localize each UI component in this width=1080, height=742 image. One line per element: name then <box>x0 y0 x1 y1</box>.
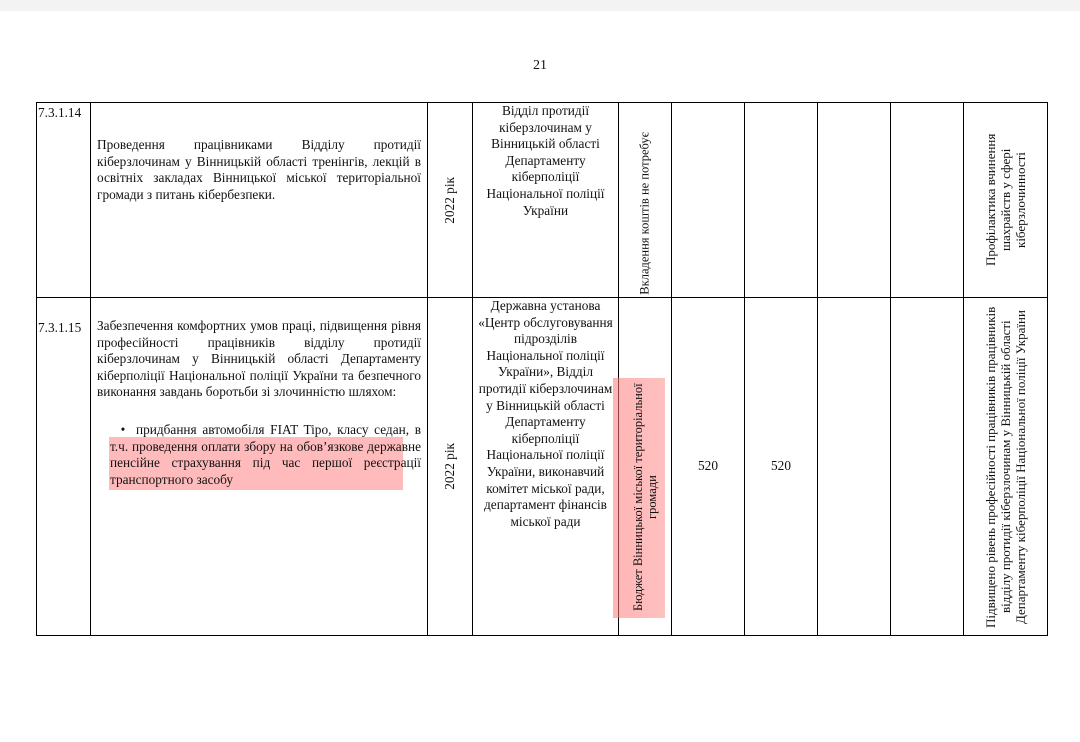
funding-source-text: Бюджет Вінницької міської територіальної… <box>631 377 659 617</box>
description-text: Проведення працівниками Відділу протидії… <box>97 137 421 203</box>
program-measures-table: 7.3.1.14 Проведення працівниками Відділу… <box>36 102 1048 636</box>
table-row: 7.3.1.14 Проведення працівниками Відділу… <box>37 103 1048 298</box>
funding-source-text: Вкладення коштів не потребує <box>637 132 654 295</box>
table-row: 7.3.1.15 Забезпечення комфортних умов пр… <box>37 298 1048 636</box>
term-text: 2022 рік <box>442 177 459 224</box>
bullet-item: •придбання автомобіля FIAT Tipo, класу с… <box>97 422 421 488</box>
amount-cell <box>745 103 818 298</box>
amount-cell: 520 <box>745 298 818 636</box>
amount-cell <box>818 103 891 298</box>
expected-result-text: Профілактика вчинення шахрайств у сфері … <box>983 110 1028 290</box>
executor-cell: Державна установа «Центр обслуговування … <box>473 298 619 636</box>
description-text: Забезпечення комфортних умов праці, підв… <box>97 318 421 401</box>
viewer-top-bar <box>0 0 1080 11</box>
measure-number: 7.3.1.14 <box>37 103 91 298</box>
term-text: 2022 рік <box>442 443 459 490</box>
executor-cell: Відділ протидії кіберзлочинам у Вінницьк… <box>473 103 619 298</box>
funding-source-cell: Вкладення коштів не потребує <box>619 103 672 298</box>
term-cell: 2022 рік <box>428 103 473 298</box>
expected-result-cell: Профілактика вчинення шахрайств у сфері … <box>964 103 1048 298</box>
measure-description: Забезпечення комфортних умов праці, підв… <box>91 298 428 636</box>
measure-number: 7.3.1.15 <box>37 298 91 636</box>
term-cell: 2022 рік <box>428 298 473 636</box>
bullet-text: придбання автомобіля FIAT Tipo, класу се… <box>110 422 421 487</box>
measure-description: Проведення працівниками Відділу протидії… <box>91 103 428 298</box>
expected-result-text: Підвищено рівень професійності працівник… <box>983 304 1028 630</box>
executor-text: Державна установа «Центр обслуговування … <box>478 298 612 529</box>
bullet-icon: • <box>110 422 136 439</box>
amount-cell <box>818 298 891 636</box>
amount-cell <box>891 298 964 636</box>
amount-cell: 520 <box>672 298 745 636</box>
measure-number-text: 7.3.1.15 <box>38 320 90 337</box>
amount-cell <box>672 103 745 298</box>
executor-text: Відділ протидії кіберзлочинам у Вінницьк… <box>486 103 604 218</box>
page-number: 21 <box>0 58 1080 74</box>
expected-result-cell: Підвищено рівень професійності працівник… <box>964 298 1048 636</box>
amount-cell <box>891 103 964 298</box>
funding-source-cell: Бюджет Вінницької міської територіальної… <box>619 298 672 636</box>
